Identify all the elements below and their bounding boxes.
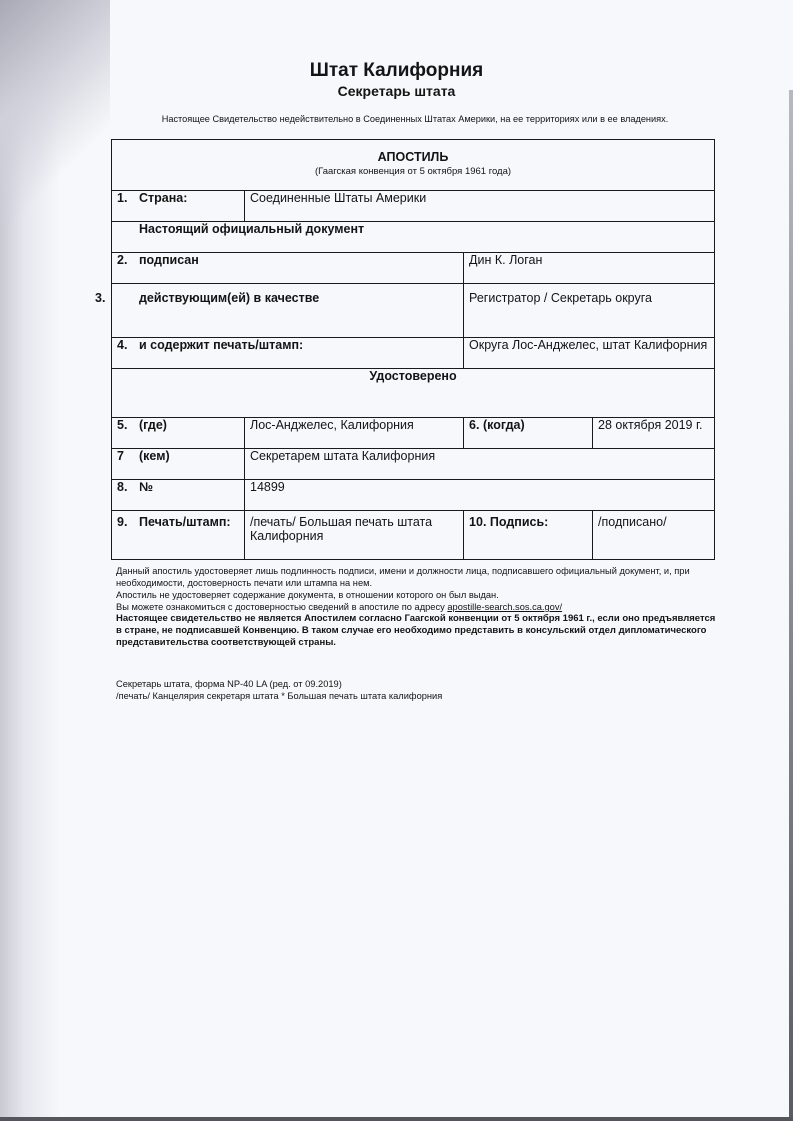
apostille-header: АПОСТИЛЬ (Гаагская конвенция от 5 октябр… (112, 140, 715, 191)
where-label: (где) (139, 418, 167, 432)
by-whom-label: (кем) (139, 449, 170, 463)
number-value: 14899 (245, 480, 715, 511)
verification-link[interactable]: apostille-search.sos.ca.gov/ (447, 602, 562, 612)
row-number: 8.№ 14899 (112, 480, 715, 511)
apostille-table: АПОСТИЛЬ (Гаагская конвенция от 5 октябр… (111, 139, 715, 560)
footer-notes: Данный апостиль удостоверяет лишь подлин… (116, 565, 716, 649)
capacity-label: действующим(ей) в качестве (139, 291, 319, 305)
row-signed-by: 2.подписан Дин К. Логан (112, 253, 715, 284)
scan-edge-right (789, 90, 793, 1121)
signature-label: 10. Подпись: (464, 511, 593, 560)
number-label: № (139, 480, 153, 494)
country-value: Соединенные Штаты Америки (245, 191, 715, 222)
document-subtitle: Секретарь штата (0, 83, 793, 99)
row-seal: 4.и содержит печать/штамп: Округа Лос-Ан… (112, 338, 715, 369)
row-stamp-signature: 9.Печать/штамп: /печать/ Большая печать … (112, 511, 715, 560)
signed-by-value: Дин К. Логан (464, 253, 715, 284)
row-country: 1.Страна: Соединенные Штаты Америки (112, 191, 715, 222)
capacity-value: Регистратор / Секретарь округа (464, 284, 715, 338)
form-line: Секретарь штата, форма NP-40 LA (ред. от… (116, 678, 442, 690)
by-whom-value: Секретарем штата Калифорния (245, 449, 715, 480)
row-capacity: 3.действующим(ей) в качестве Регистратор… (112, 284, 715, 338)
doc-heading: Настоящий официальный документ (112, 222, 715, 253)
convention-note: (Гаагская конвенция от 5 октября 1961 го… (117, 166, 709, 177)
certified-heading: Удостоверено (112, 369, 715, 418)
apostille-title: АПОСТИЛЬ (117, 150, 709, 164)
document-title: Штат Калифорния (0, 60, 793, 82)
row-where-when: 5.(где) Лос-Анджелес, Калифорния 6. (ког… (112, 418, 715, 449)
country-label: Страна: (139, 191, 187, 205)
footer-line-2: Апостиль не удостоверяет содержание доку… (116, 589, 716, 601)
stamp-label: Печать/штамп: (139, 515, 231, 529)
footer-line-3: Вы можете ознакомиться с достоверностью … (116, 601, 716, 613)
footer-warning: Настоящее свидетельство не является Апос… (116, 613, 716, 649)
signed-by-label: подписан (139, 253, 199, 267)
seal-line: /печать/ Канцелярия секретаря штата * Бо… (116, 690, 442, 702)
form-info: Секретарь штата, форма NP-40 LA (ред. от… (116, 678, 442, 702)
signature-value: /подписано/ (593, 511, 715, 560)
stamp-value: /печать/ Большая печать штата Калифорния (245, 511, 464, 560)
row-by-whom: 7(кем) Секретарем штата Калифорния (112, 449, 715, 480)
when-value: 28 октября 2019 г. (593, 418, 715, 449)
seal-value: Округа Лос-Анджелес, штат Калифорния (464, 338, 715, 369)
where-value: Лос-Анджелес, Калифорния (245, 418, 464, 449)
footer-line-1: Данный апостиль удостоверяет лишь подлин… (116, 565, 716, 589)
scan-edge-bottom (0, 1117, 793, 1121)
seal-label: и содержит печать/штамп: (139, 338, 303, 352)
when-label: 6. (когда) (464, 418, 593, 449)
validity-notice: Настоящее Свидетельство недействительно … (0, 114, 793, 124)
